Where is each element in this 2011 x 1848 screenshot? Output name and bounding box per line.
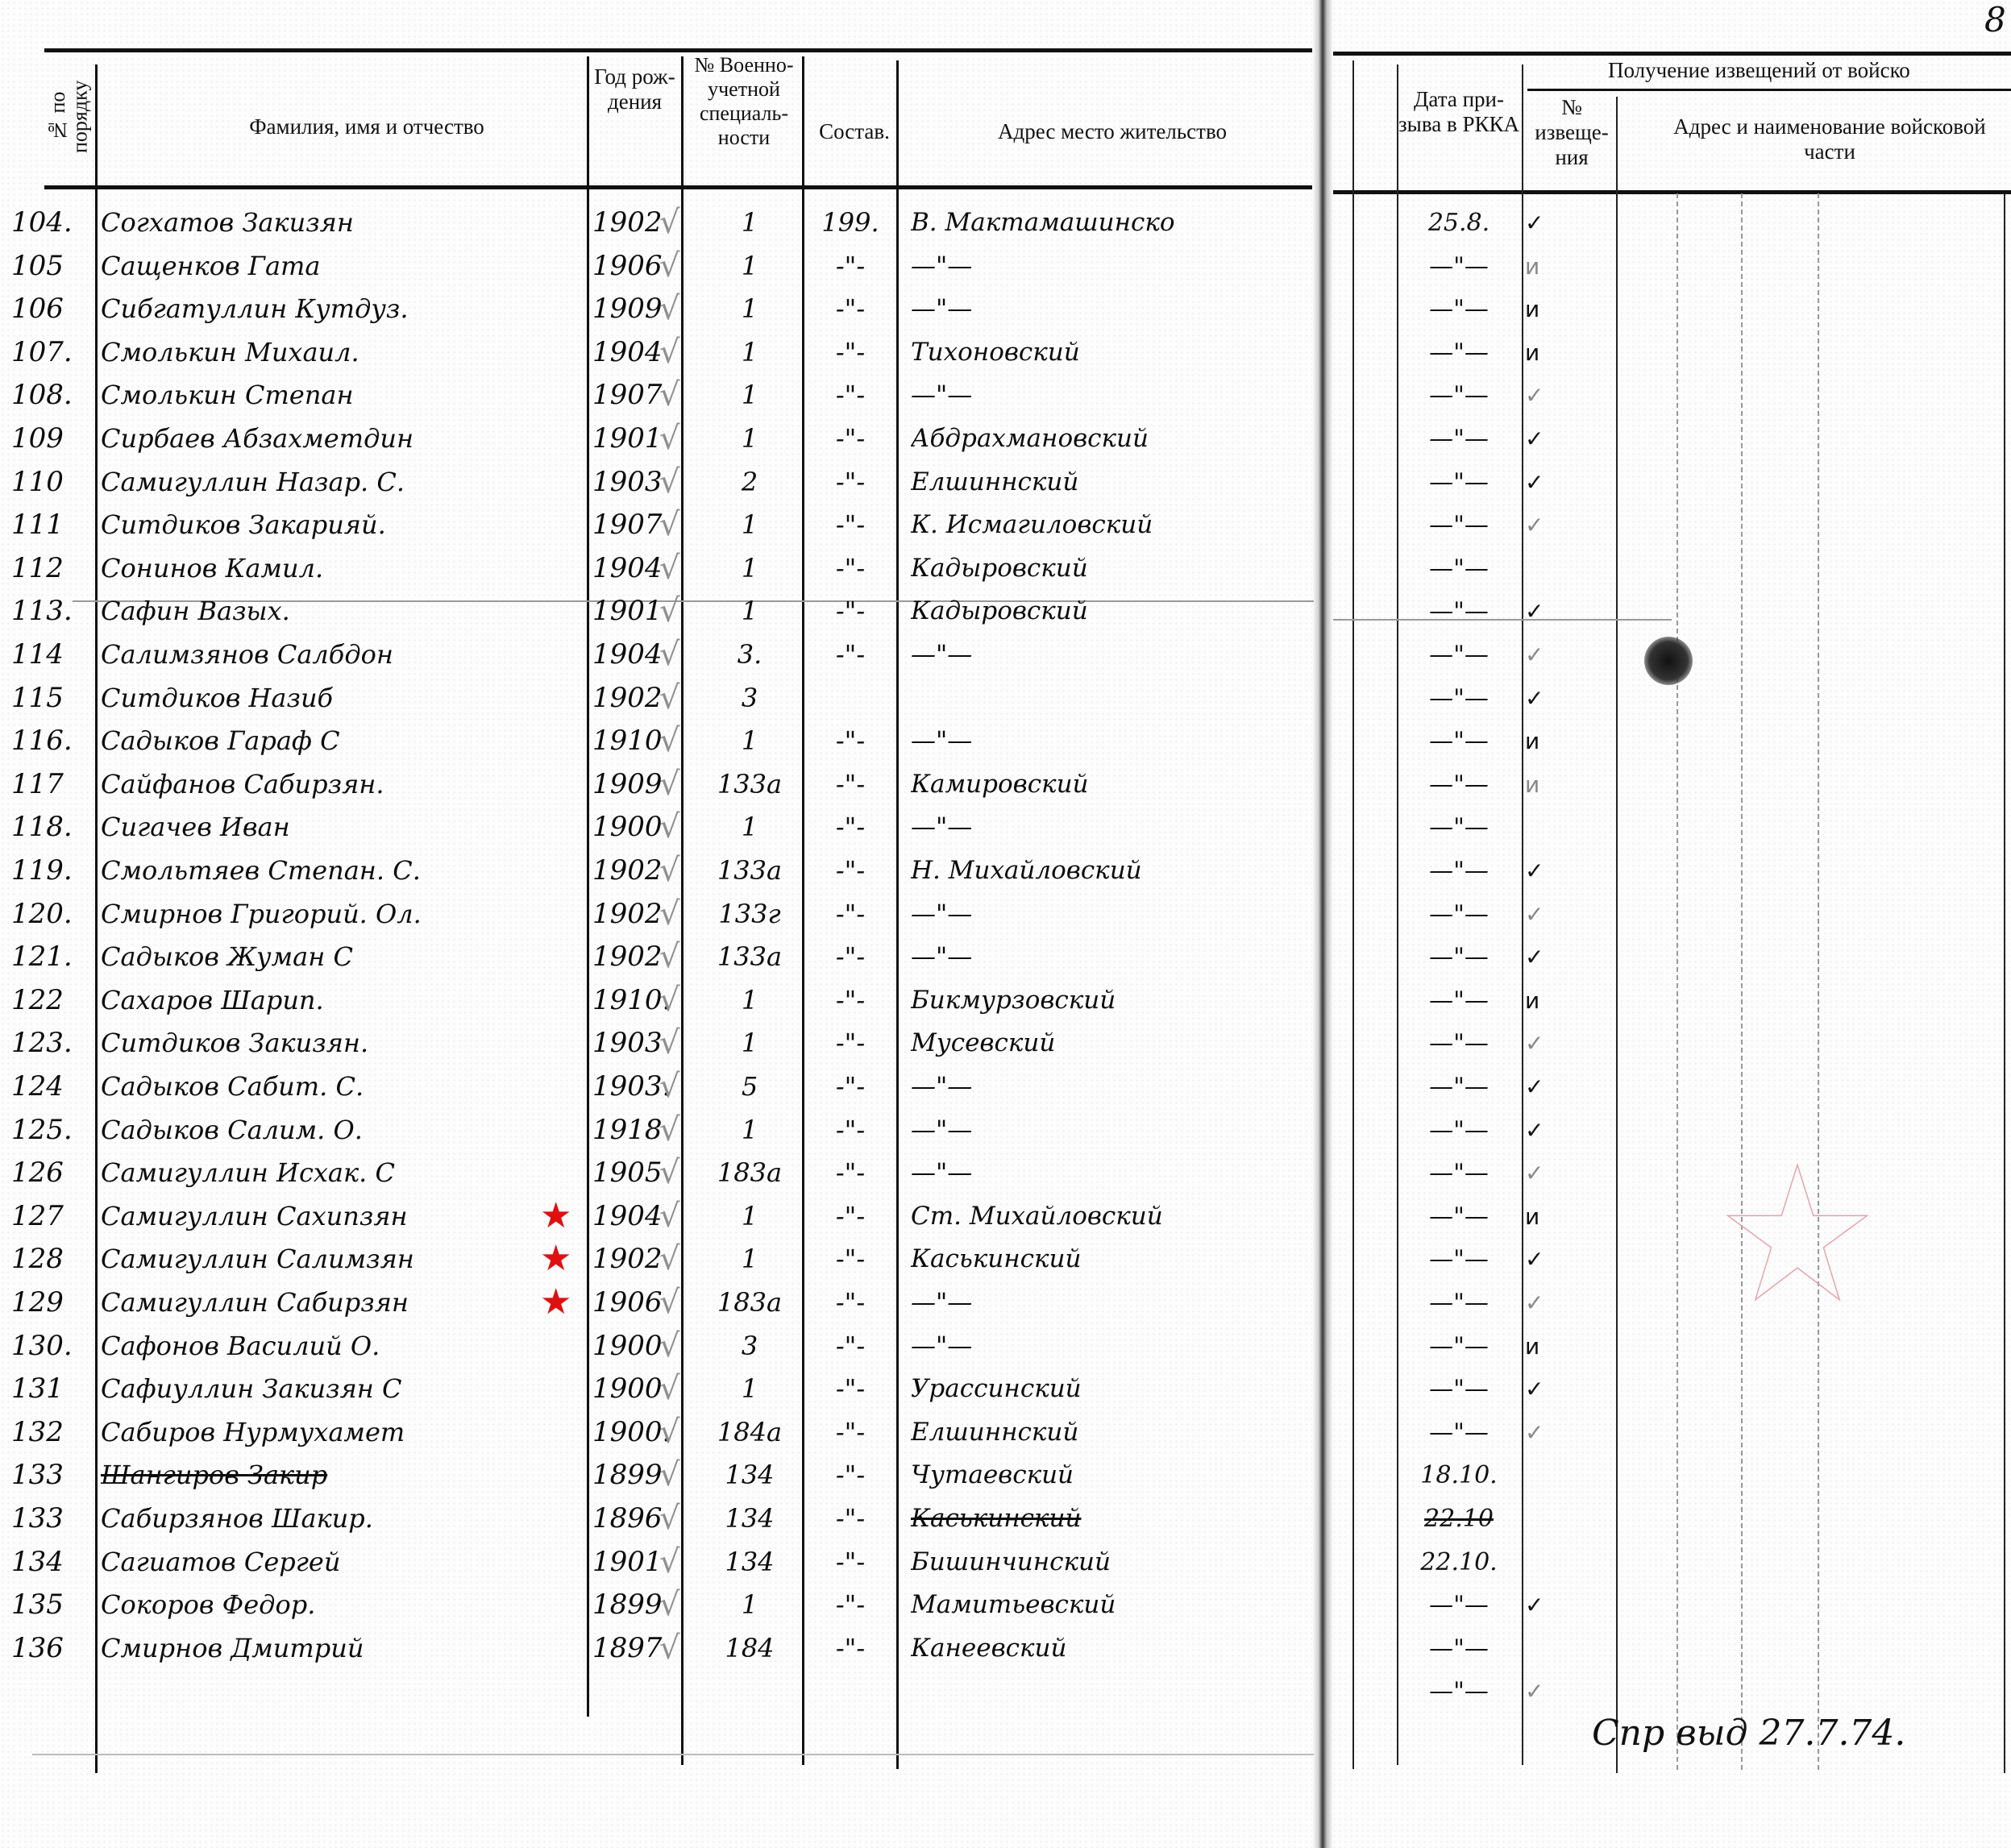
conscription-date: 22.10. [1402, 1541, 1515, 1584]
row-number: 119. [11, 849, 92, 892]
check-mark-icon: ✓ [1525, 1411, 1557, 1454]
row-number: 110 [11, 461, 92, 504]
check-mark-icon: ✓ [1525, 374, 1557, 417]
pencil-check-icon: √ [659, 331, 683, 374]
table-row: 105Сащенков Гата19061-"-—"—√ [0, 245, 1312, 288]
specialty-number: 3 [701, 677, 798, 720]
composition: -"- [806, 849, 895, 892]
conscription-date: —"— [1402, 461, 1515, 504]
table-row: 111Ситдиков Закарияй.19071-"-К. Исмагило… [0, 504, 1312, 546]
conscription-date: —"— [1402, 1109, 1515, 1152]
header-notice-group: Получение извещений от войско [1608, 58, 2011, 83]
notice-mark: и [1525, 720, 1557, 762]
table-row: 104.Согхатов Закизян19021199.В. Мактамаш… [0, 201, 1312, 244]
person-name: Ситдиков Закарияй. [101, 504, 576, 546]
residence-address: Елшиннский [911, 1411, 1314, 1454]
person-name: Сащенков Гата [101, 245, 576, 288]
residence-address: Елшиннский [911, 461, 1314, 504]
specialty-number: 133а [701, 849, 798, 892]
col-rule-notice [1522, 64, 1523, 1765]
specialty-number: 1 [701, 288, 798, 330]
col-rule-faint-2 [1741, 193, 1743, 1773]
composition: -"- [806, 1065, 895, 1108]
row-number: 104. [11, 201, 92, 244]
person-name: Садыков Салим. О. [101, 1109, 576, 1152]
header-full-name: Фамилия, имя и отчество [153, 114, 580, 139]
check-mark-icon: ✓ [1525, 1152, 1557, 1194]
page-number: 8 [1984, 0, 2006, 39]
specialty-number: 3. [701, 633, 798, 676]
person-name: Садыков Гараф С [101, 720, 576, 762]
row-number: 114 [11, 633, 92, 676]
conscription-date: —"— [1402, 1195, 1515, 1238]
right-header-top-rule [1333, 52, 2011, 56]
conscription-date: —"— [1402, 331, 1515, 374]
conscription-date: —"— [1402, 1065, 1515, 1108]
check-mark-icon: ✓ [1525, 677, 1557, 720]
signature-note: Спр выд 27.7.74. [1592, 1713, 1905, 1754]
residence-address: Каськинский [911, 1497, 1314, 1540]
check-mark-icon: ✓ [1525, 1281, 1557, 1324]
specialty-number: 134 [701, 1497, 798, 1540]
check-mark-icon: ✓ [1525, 1584, 1557, 1626]
table-row: 131Сафиуллин Закизян С19001-"-Урассински… [0, 1368, 1312, 1410]
row-number: 112 [11, 547, 92, 590]
conscription-date: 18.10. [1402, 1454, 1515, 1497]
residence-address: Кадыровский [911, 590, 1314, 633]
conscription-date: —"— [1402, 893, 1515, 936]
specialty-number: 1 [701, 1022, 798, 1065]
row-number: 134 [11, 1541, 92, 1584]
composition: -"- [806, 374, 895, 417]
row-number: 117 [11, 763, 92, 806]
header-top-rule [44, 48, 1312, 52]
check-mark-icon: ✓ [1525, 936, 1557, 978]
residence-address: —"— [911, 633, 1314, 676]
pencil-check-icon: √ [659, 461, 683, 504]
specialty-number: 134 [701, 1454, 798, 1497]
row-number: 125. [11, 1109, 92, 1152]
pencil-check-icon: √ [659, 245, 683, 288]
residence-address: —"— [911, 1109, 1314, 1152]
check-mark-icon: ✓ [1525, 1238, 1557, 1281]
conscription-date: —"— [1402, 1022, 1515, 1065]
row-number: 107. [11, 331, 92, 374]
person-name: Самигуллин Назар. С. [101, 461, 576, 504]
person-name: Шангиров Закир [101, 1454, 576, 1497]
pencil-check-icon: √ [659, 1411, 683, 1454]
row-number: 113. [11, 590, 92, 633]
conscription-date: —"— [1402, 1281, 1515, 1324]
person-name: Сабиров Нурмухамет [101, 1411, 576, 1454]
composition: -"- [806, 1325, 895, 1368]
table-row: 123.Ситдиков Закизян.19031-"-Мусевский√ [0, 1022, 1312, 1065]
pencil-check-icon: √ [659, 1065, 683, 1108]
table-row: 106Сибгатуллин Кутдуз.19091-"-—"—√ [0, 288, 1312, 330]
row-number: 133 [11, 1497, 92, 1540]
composition: -"- [806, 1627, 895, 1670]
col-rule-right-edge [2004, 193, 2005, 1773]
conscription-date: —"— [1402, 374, 1515, 417]
specialty-number: 133г [701, 893, 798, 936]
pencil-check-icon: √ [659, 590, 683, 633]
conscription-date: —"— [1402, 245, 1515, 288]
specialty-number: 1 [701, 1109, 798, 1152]
table-row: 121.Садыков Жуман С1902133а-"-—"—√ [0, 936, 1312, 978]
residence-address: Н. Михайловский [911, 849, 1314, 892]
check-mark-icon: ✓ [1525, 1368, 1557, 1410]
col-rule-unit [1616, 97, 1618, 1773]
specialty-number: 3 [701, 1325, 798, 1368]
conscription-date: —"— [1402, 417, 1515, 460]
table-row: 113.Сафин Вазых.19011-"-Кадыровский√ [0, 590, 1312, 633]
notice-mark: и [1525, 245, 1557, 288]
row-number: 136 [11, 1627, 92, 1670]
person-name: Сибгатуллин Кутдуз. [101, 288, 576, 330]
table-row: 128Самигуллин Салимзян19021-"-Каськински… [0, 1238, 1312, 1281]
header-bottom-rule [44, 185, 1312, 189]
notice-mark: и [1525, 288, 1557, 330]
pencil-check-icon: √ [659, 720, 683, 762]
table-row: 133Шангиров Закир1899134-"-Чутаевский√ [0, 1454, 1312, 1497]
pencil-line [32, 1754, 1314, 1755]
residence-address: —"— [911, 374, 1314, 417]
composition: -"- [806, 504, 895, 546]
table-row: 115Ситдиков Назиб19023√ [0, 677, 1312, 720]
residence-address: —"— [911, 1325, 1314, 1368]
person-name: Самигуллин Исхак. С [101, 1152, 576, 1194]
residence-address: —"— [911, 1065, 1314, 1108]
specialty-number: 1 [701, 547, 798, 590]
check-mark-icon: ✓ [1525, 590, 1557, 633]
row-number: 132 [11, 1411, 92, 1454]
residence-address: Чутаевский [911, 1454, 1314, 1497]
specialty-number: 1 [701, 331, 798, 374]
conscription-date: —"— [1402, 720, 1515, 762]
row-number: 127 [11, 1195, 92, 1238]
specialty-number: 184 [701, 1627, 798, 1670]
col-rule-right-1 [1352, 60, 1354, 1769]
conscription-date: —"— [1402, 677, 1515, 720]
table-row: 114Салимзянов Салбдон19043.-"-—"—√ [0, 633, 1312, 676]
check-mark-icon: ✓ [1525, 849, 1557, 892]
composition: -"- [806, 547, 895, 590]
composition: -"- [806, 331, 895, 374]
composition [806, 677, 895, 720]
col-rule-faint-1 [1677, 193, 1678, 1773]
table-row: 134Сагиатов Сергей1901134-"-Бишинчинский… [0, 1541, 1312, 1584]
residence-address: —"— [911, 936, 1314, 978]
row-number: 130. [11, 1325, 92, 1368]
composition: -"- [806, 461, 895, 504]
residence-address: К. Исмагиловский [911, 504, 1314, 546]
page-fold [1312, 0, 1333, 1848]
pencil-check-icon: √ [659, 1022, 683, 1065]
check-mark-icon: ✓ [1525, 633, 1557, 676]
person-name: Сирбаев Абзахметдин [101, 417, 576, 460]
check-mark-icon: ✓ [1525, 201, 1557, 244]
specialty-number: 183а [701, 1152, 798, 1194]
specialty-number: 133а [701, 936, 798, 978]
residence-address: Бишинчинский [911, 1541, 1314, 1584]
pencil-check-icon: √ [659, 1281, 683, 1324]
conscription-date: —"— [1402, 633, 1515, 676]
conscription-date: —"— [1402, 547, 1515, 590]
notice-mark: и [1525, 331, 1557, 374]
red-star-icon: ★ [540, 1285, 571, 1320]
check-mark-icon: ✓ [1525, 417, 1557, 460]
row-number: 126 [11, 1152, 92, 1194]
ink-blot [1644, 637, 1693, 685]
residence-address: —"— [911, 893, 1314, 936]
person-name: Сагиатов Сергей [101, 1541, 576, 1584]
person-name: Сигачев Иван [101, 806, 576, 849]
table-row: 129Самигуллин Сабирзян1906183а-"-—"—√★ [0, 1281, 1312, 1324]
table-row: 124Садыков Сабит. С.1903.5-"-—"—√ [0, 1065, 1312, 1108]
table-row: 126Самигуллин Исхак. С1905183а-"-—"—√ [0, 1152, 1312, 1194]
specialty-number: 1 [701, 1238, 798, 1281]
table-row: 130.Сафонов Василий О.19003-"-—"—√ [0, 1325, 1312, 1368]
table-row: 108.Смолькин Степан19071-"-—"—√ [0, 374, 1312, 417]
residence-address: Абдрахмановский [911, 417, 1314, 460]
table-row: 133Сабирзянов Шакир.1896134-"-Каськински… [0, 1497, 1312, 1540]
row-number: 108. [11, 374, 92, 417]
person-name: Сабирзянов Шакир. [101, 1497, 576, 1540]
person-name: Сахаров Шарип. [101, 979, 576, 1022]
specialty-number: 2 [701, 461, 798, 504]
pencil-check-icon: √ [659, 1541, 683, 1584]
row-number: 109 [11, 417, 92, 460]
person-name: Самигуллин Салимзян [101, 1238, 576, 1281]
col-rule-right-2 [1397, 64, 1398, 1765]
person-name: Смирнов Дмитрий [101, 1627, 576, 1670]
check-mark-icon: ✓ [1525, 1109, 1557, 1152]
row-number: 135 [11, 1584, 92, 1626]
pencil-check-icon: √ [659, 417, 683, 460]
row-number: 111 [11, 504, 92, 546]
composition: -"- [806, 245, 895, 288]
table-row: 107.Смолькин Михаил.19041-"-Тихоновский√ [0, 331, 1312, 374]
specialty-number: 133а [701, 763, 798, 806]
table-row: 122Сахаров Шарип.1910.1-"-Бикмурзовский√ [0, 979, 1312, 1022]
person-name: Сафин Вазых. [101, 590, 576, 633]
person-name: Сонинов Камил. [101, 547, 576, 590]
check-mark-icon: ✓ [1525, 1065, 1557, 1108]
person-name: Сокоров Федор. [101, 1584, 576, 1626]
conscription-date: —"— [1402, 1152, 1515, 1194]
person-name: Самигуллин Сабирзян [101, 1281, 576, 1324]
person-name: Смирнов Григорий. Ол. [101, 893, 576, 936]
residence-address: Ст. Михайловский [911, 1195, 1314, 1238]
specialty-number: 1 [701, 201, 798, 244]
specialty-number: 134 [701, 1541, 798, 1584]
check-mark-icon: ✓ [1525, 461, 1557, 504]
check-mark-icon: ✓ [1525, 504, 1557, 546]
pencil-check-icon: √ [659, 504, 683, 546]
pencil-check-icon: √ [659, 893, 683, 936]
composition: -"- [806, 806, 895, 849]
row-number: 122 [11, 979, 92, 1022]
residence-address: Канеевский [911, 1627, 1314, 1670]
conscription-date: —"— [1402, 1584, 1515, 1626]
pencil-check-icon: √ [659, 763, 683, 806]
composition: -"- [806, 1368, 895, 1410]
conscription-date: —"— [1402, 1368, 1515, 1410]
table-row: 125.Садыков Салим. О.19181-"-—"—√ [0, 1109, 1312, 1152]
row-number: 131 [11, 1368, 92, 1410]
conscription-date: —"— [1402, 849, 1515, 892]
composition: -"- [806, 1109, 895, 1152]
table-row: 119.Смольтяев Степан. С.1902133а-"-Н. Ми… [0, 849, 1312, 892]
person-name: Сафиуллин Закизян С [101, 1368, 576, 1410]
pencil-check-icon: √ [659, 677, 683, 720]
person-name: Садыков Сабит. С. [101, 1065, 576, 1108]
specialty-number: 1 [701, 590, 798, 633]
specialty-number: 183а [701, 1281, 798, 1324]
residence-address: —"— [911, 1281, 1314, 1324]
residence-address: Урассинский [911, 1368, 1314, 1410]
person-name: Ситдиков Назиб [101, 677, 576, 720]
table-row: 118.Сигачев Иван19001-"-—"—√ [0, 806, 1312, 849]
pencil-check-icon: √ [659, 1195, 683, 1238]
notice-mark: и [1525, 1195, 1557, 1238]
row-number: 123. [11, 1022, 92, 1065]
composition: -"- [806, 1497, 895, 1540]
residence-address: Мамитьевский [911, 1584, 1314, 1626]
specialty-number: 1 [701, 1368, 798, 1410]
residence-address: Бикмурзовский [911, 979, 1314, 1022]
residence-address: Кадыровский [911, 547, 1314, 590]
person-name: Согхатов Закизян [101, 201, 576, 244]
residence-address: —"— [911, 806, 1314, 849]
notice-mark: и [1525, 763, 1557, 806]
person-name: Садыков Жуман С [101, 936, 576, 978]
table-row: 117Сайфанов Сабирзян.1909133а-"-Камировс… [0, 763, 1312, 806]
pencil-check-icon: √ [659, 1109, 683, 1152]
header-conscription-date: Дата при-зыва в РККА [1398, 87, 1519, 137]
conscription-date: —"— [1402, 979, 1515, 1022]
specialty-number: 1 [701, 245, 798, 288]
composition: -"- [806, 1281, 895, 1324]
row-number: 128 [11, 1238, 92, 1281]
right-header-bottom-rule [1333, 190, 2011, 194]
table-row: 110Самигуллин Назар. С.19032-"-Елшиннски… [0, 461, 1312, 504]
composition: -"- [806, 1022, 895, 1065]
specialty-number: 1 [701, 504, 798, 546]
composition: -"- [806, 1152, 895, 1194]
pencil-check-icon: √ [659, 849, 683, 892]
pencil-check-icon: √ [659, 1325, 683, 1368]
pencil-check-icon: √ [659, 1497, 683, 1540]
composition: -"- [806, 288, 895, 330]
pencil-check-icon: √ [659, 1152, 683, 1194]
residence-address: —"— [911, 245, 1314, 288]
composition: -"- [806, 979, 895, 1022]
row-number: 124 [11, 1065, 92, 1108]
person-name: Сайфанов Сабирзян. [101, 763, 576, 806]
residence-address [911, 677, 1314, 720]
conscription-date: 25.8. [1402, 201, 1515, 244]
row-number: 115 [11, 677, 92, 720]
residence-address: В. Мактамашинско [911, 201, 1314, 244]
conscription-date: 22.10 [1402, 1497, 1515, 1540]
residence-address: Каськинский [911, 1238, 1314, 1281]
specialty-number: 1 [701, 374, 798, 417]
pencil-check-icon: √ [659, 1368, 683, 1410]
pencil-check-icon: √ [659, 979, 683, 1022]
composition: 199. [806, 201, 895, 244]
table-row: 136Смирнов Дмитрий1897184-"-Канеевский√ [0, 1627, 1312, 1670]
pencil-check-icon: √ [659, 1238, 683, 1281]
row-number: 105 [11, 245, 92, 288]
specialty-number: 1 [701, 1195, 798, 1238]
residence-address: —"— [911, 720, 1314, 762]
table-row: 109Сирбаев Абзахметдин19011-"-Абдрахмано… [0, 417, 1312, 460]
header-address: Адрес место жительство [911, 119, 1314, 144]
row-number: 129 [11, 1281, 92, 1324]
notice-mark: и [1525, 1325, 1557, 1368]
conscription-date: —"— [1402, 1670, 1515, 1713]
composition: -"- [806, 1411, 895, 1454]
conscription-date: —"— [1402, 288, 1515, 330]
table-row: 135Сокоров Федор.18991-"-Мамитьевский√ [0, 1584, 1312, 1626]
person-name: Смолькин Михаил. [101, 331, 576, 374]
notice-mark: и [1525, 979, 1557, 1022]
notice-group-rule [1527, 89, 2011, 91]
header-seq-no: № по порядку [47, 56, 95, 177]
person-name: Салимзянов Салбдон [101, 633, 576, 676]
conscription-date: —"— [1402, 763, 1515, 806]
check-mark-icon: ✓ [1525, 893, 1557, 936]
row-number: 121. [11, 936, 92, 978]
table-row: 120.Смирнов Григорий. Ол.1902133г-"-—"—√ [0, 893, 1312, 936]
specialty-number: 1 [701, 806, 798, 849]
composition: -"- [806, 1454, 895, 1497]
pencil-check-icon: √ [659, 288, 683, 330]
red-star-icon: ★ [540, 1198, 571, 1234]
composition: -"- [806, 1195, 895, 1238]
conscription-date: —"— [1402, 1238, 1515, 1281]
header-composition: Состав. [806, 119, 903, 144]
row-number: 106 [11, 288, 92, 330]
composition: -"- [806, 633, 895, 676]
table-row: 132Сабиров Нурмухамет1900.184а-"-Елшиннс… [0, 1411, 1312, 1454]
pencil-check-icon: √ [659, 806, 683, 849]
row-number: 118. [11, 806, 92, 849]
composition: -"- [806, 936, 895, 978]
pencil-check-icon: √ [659, 1454, 683, 1497]
header-specialty-no: № Военно-учетной специаль-ности [683, 53, 804, 150]
table-row: 116.Садыков Гараф С19101-"-—"—√ [0, 720, 1312, 762]
col-rule-faint-3 [1818, 193, 1819, 1773]
person-name: Смольтяев Степан. С. [101, 849, 576, 892]
conscription-date: —"— [1402, 936, 1515, 978]
header-notice-no: № извеще-ния [1527, 95, 1616, 170]
specialty-number: 1 [701, 979, 798, 1022]
conscription-date: —"— [1402, 504, 1515, 546]
specialty-number: 5 [701, 1065, 798, 1108]
red-star-icon: ★ [540, 1241, 571, 1277]
composition: -"- [806, 893, 895, 936]
specialty-number: 1 [701, 1584, 798, 1626]
specialty-number: 184а [701, 1411, 798, 1454]
conscription-date: —"— [1402, 1627, 1515, 1670]
conscription-date: —"— [1402, 806, 1515, 849]
pencil-check-icon: √ [659, 547, 683, 590]
conscription-date: —"— [1402, 1411, 1515, 1454]
person-name: Смолькин Степан [101, 374, 576, 417]
composition: -"- [806, 1238, 895, 1281]
